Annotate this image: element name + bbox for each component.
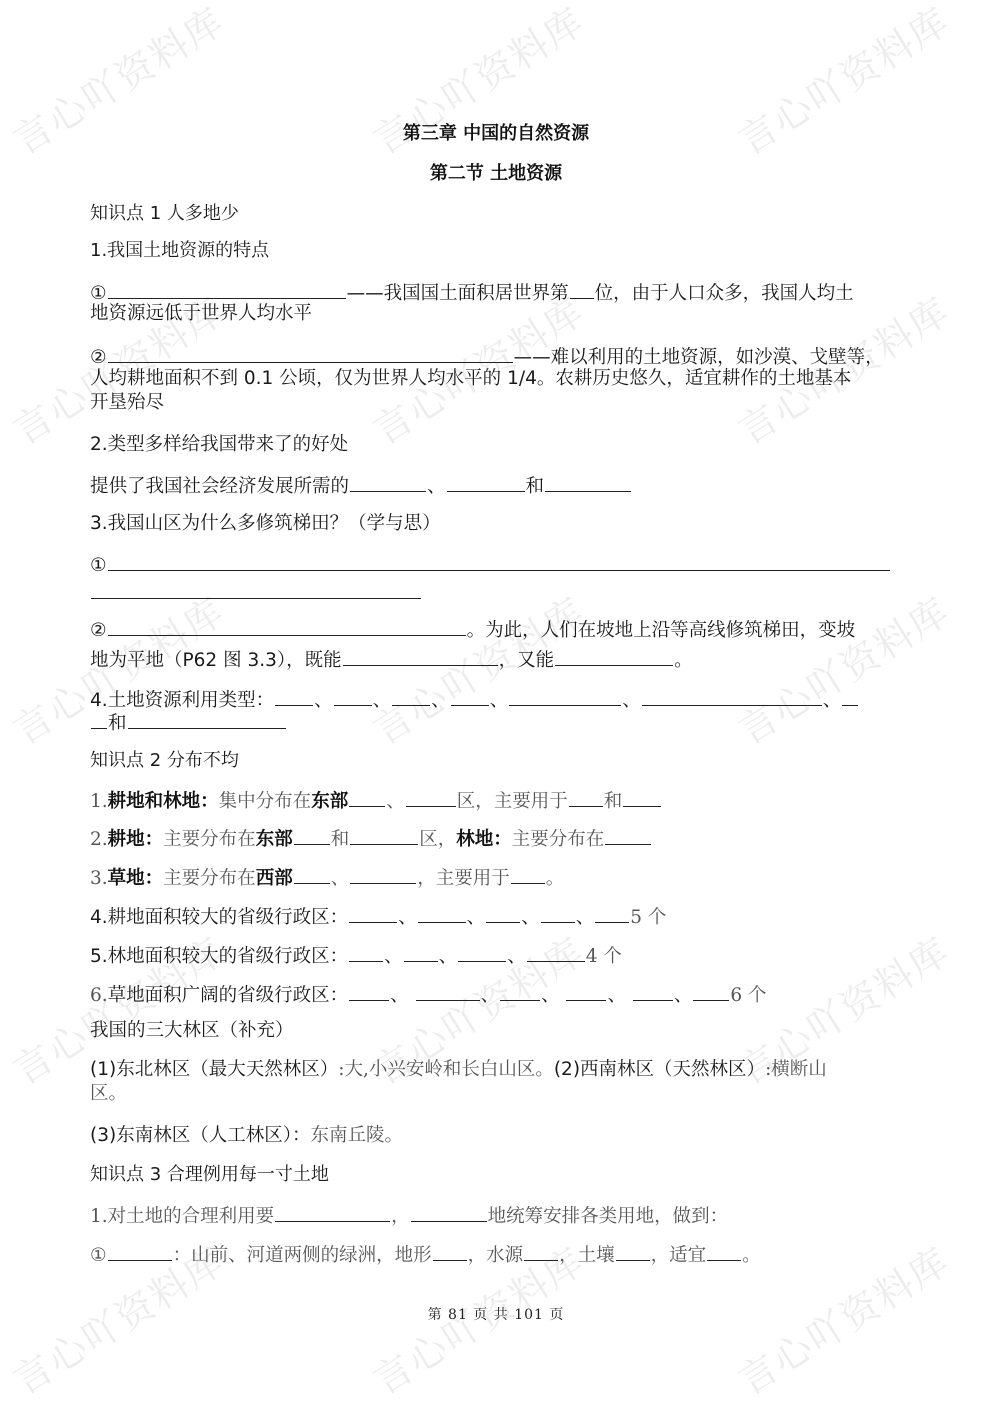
text-segment: 集中分布在 [219, 791, 312, 812]
fill-in-blank[interactable] [349, 943, 383, 962]
text-line-forest-3: (3)东南林区（人工林区）：东南丘陵。 [90, 1125, 905, 1147]
text-segment: 3. [90, 868, 108, 889]
fill-in-blank[interactable] [411, 1203, 487, 1222]
text-segment: (1)东北林区（最大天然林区） [90, 1059, 338, 1080]
text-segment: 区， [419, 829, 456, 850]
fill-in-blank[interactable] [349, 788, 385, 807]
text-segment: :横断山 [765, 1059, 827, 1080]
text-segment: 。为此，人们在坡地上沿等高线修筑梯田，变坡 [467, 620, 856, 641]
bold-keyword: 耕地： [108, 829, 164, 850]
text-segment: 。 [674, 650, 693, 671]
text-segment: 、 [427, 476, 446, 497]
text-segment: 区，主要用于 [457, 791, 568, 812]
text-segment: 、 [386, 791, 405, 812]
chapter-title: 第三章 中国的自然资源 [0, 123, 992, 145]
fill-in-blank[interactable] [416, 982, 480, 1001]
text-segment: 、 [490, 690, 509, 711]
text-segment: 人均耕地面积不到 0.1 公顷，仅为世界人均水平的 1/4。农耕历史悠久，适宜耕… [90, 368, 851, 389]
text-segment: 我国的三大林区（补充） [90, 1020, 294, 1041]
text-segment: 知识点 1 人多地少 [90, 203, 239, 224]
fill-in-blank[interactable] [511, 865, 545, 884]
text-segment: 、 [398, 907, 417, 928]
bold-keyword: 草地： [108, 868, 164, 889]
text-segment: ——我国国土面积居世界第 [347, 283, 569, 304]
bold-keyword: 东部 [311, 791, 348, 812]
text-segment: 。 [742, 1245, 761, 1266]
text-segment: 。 [546, 868, 565, 889]
fill-in-blank[interactable] [91, 580, 421, 599]
text-segment: ② [90, 347, 107, 368]
text-line-kp1-q2-answer: 提供了我国社会经济发展所需的、和 [90, 473, 905, 498]
text-segment: :大,小兴安岭和长白山区。 [338, 1059, 554, 1080]
fill-in-blank[interactable] [545, 473, 631, 492]
text-segment: (2)西南林区（天然林区） [554, 1059, 765, 1080]
fill-in-blank[interactable] [350, 865, 416, 884]
text-segment: 、 [384, 946, 403, 967]
text-segment: (3)东南林区（人工林区）： [90, 1125, 310, 1146]
text-segment: 、 [431, 690, 450, 711]
fill-in-blank[interactable] [693, 982, 729, 1001]
text-segment: 和 [331, 829, 350, 850]
fill-in-blank[interactable] [349, 904, 397, 923]
text-segment: 地为平地（P62 图 3.3），既能 [90, 650, 342, 671]
fill-in-blank[interactable] [350, 473, 426, 492]
text-line-kp1-q3-item2-a: ②。为此，人们在坡地上沿等高线修筑梯田，变坡 [90, 617, 905, 642]
page-number: 第 81 页 共 101 页 [0, 1304, 992, 1324]
text-line-kp3-q1: 1.对土地的合理利用要，地统筹安排各类用地，做到： [90, 1203, 905, 1228]
text-line-kp1-q3-item1-b [90, 580, 905, 605]
fill-in-blank[interactable] [527, 943, 585, 962]
bold-keyword: 林地： [456, 829, 512, 850]
text-segment: 草地面积广阔的省级行政区： [108, 985, 349, 1006]
text-segment: 、 [314, 690, 333, 711]
fill-in-blank[interactable] [108, 1242, 172, 1261]
text-segment: 和 [108, 713, 127, 734]
fill-in-blank[interactable] [458, 943, 506, 962]
text-segment: 、 [467, 907, 486, 928]
text-segment: 6 个 [730, 985, 766, 1006]
text-line-kp1-q1: 1.我国土地资源的特点 [90, 240, 905, 262]
text-segment: ，主要用于 [417, 868, 510, 889]
text-segment: 2.类型多样给我国带来了的好处 [90, 434, 348, 455]
fill-in-blank[interactable] [406, 788, 456, 807]
text-segment: 东南丘陵。 [310, 1125, 403, 1146]
text-line-kp1-q4-b: 和 [90, 710, 905, 735]
fill-in-blank[interactable] [842, 687, 858, 706]
fill-in-blank[interactable] [605, 826, 651, 845]
text-segment: ，适宜 [651, 1245, 707, 1266]
text-segment: 开垦殆尽 [90, 392, 164, 413]
text-segment: 主要分布在 [512, 829, 605, 850]
fill-in-blank[interactable] [343, 647, 498, 666]
text-segment: 6. [90, 985, 108, 1006]
text-segment: 、 [521, 907, 540, 928]
text-segment: 、 [439, 946, 458, 967]
text-segment: 5.林地面积较大的省级行政区： [90, 946, 348, 967]
text-line-kp2-q3: 3.草地：主要分布在西部、，主要用于。 [90, 865, 905, 890]
fill-in-blank[interactable] [392, 687, 430, 706]
text-line-kp2-q1: 1.耕地和林地：集中分布在东部、区，主要用于和 [90, 788, 905, 813]
text-line-kp1-q3-item2-b: 地为平地（P62 图 3.3），既能，又能。 [90, 647, 905, 672]
fill-in-blank[interactable] [524, 1242, 558, 1261]
text-segment: 、 [331, 868, 350, 889]
text-line-kp2-heading: 知识点 2 分布不均 [90, 750, 905, 772]
text-segment: 和 [604, 791, 623, 812]
text-segment: 、 [390, 985, 414, 1006]
text-line-forest-heading: 我国的三大林区（补充） [90, 1020, 905, 1042]
fill-in-blank[interactable] [108, 617, 466, 636]
text-segment: ，又能 [499, 650, 555, 671]
fill-in-blank[interactable] [108, 280, 346, 299]
fill-in-blank[interactable] [108, 344, 513, 363]
text-line-kp2-q5: 5.林地面积较大的省级行政区：、、、4 个 [90, 943, 905, 968]
text-line-forest-1-b: 区。 [90, 1083, 905, 1105]
fill-in-blank[interactable] [350, 826, 418, 845]
text-segment: 4 个 [586, 946, 622, 967]
text-segment: 和 [526, 476, 545, 497]
text-line-kp1-q1-item2-c: 开垦殆尽 [90, 392, 905, 414]
fill-in-blank[interactable] [707, 1242, 741, 1261]
fill-in-blank[interactable] [500, 982, 540, 1001]
text-segment: ② [90, 620, 107, 641]
text-line-kp2-q4: 4.耕地面积较大的省级行政区：、、、、5 个 [90, 904, 905, 929]
text-line-kp1-heading: 知识点 1 人多地少 [90, 203, 905, 225]
text-segment: ，土壤 [559, 1245, 615, 1266]
text-line-forest-1-a: (1)东北林区（最大天然林区）:大,小兴安岭和长白山区。(2)西南林区（天然林区… [90, 1059, 905, 1081]
text-line-kp1-q1-item2-a: ②——难以利用的土地资源，如沙漠、戈壁等， [90, 344, 905, 369]
text-line-kp1-q2: 2.类型多样给我国带来了的好处 [90, 434, 905, 456]
text-line-kp1-q4-a: 4.土地资源利用类型：、、、、、、 [90, 687, 905, 712]
text-segment: 、 [674, 985, 693, 1006]
section-title: 第二节 土地资源 [0, 163, 992, 185]
text-segment: 1.我国土地资源的特点 [90, 240, 269, 261]
text-segment: 主要分布在 [163, 868, 256, 889]
fill-in-blank[interactable] [486, 904, 520, 923]
fill-in-blank[interactable] [555, 647, 673, 666]
text-segment: 、 [622, 690, 641, 711]
text-segment: 4.耕地面积较大的省级行政区： [90, 907, 348, 928]
text-segment: 1. [90, 791, 108, 812]
text-segment: 3.我国山区为什么多修筑梯田？（学与思） [90, 513, 441, 534]
fill-in-blank[interactable] [642, 687, 822, 706]
bold-keyword: 耕地和林地： [108, 791, 219, 812]
text-line-kp1-q1-item1-a: ①——我国国土面积居世界第位，由于人口众多，我国人均土 [90, 280, 905, 305]
text-segment: ，水源 [468, 1245, 524, 1266]
text-segment: 、 [576, 907, 595, 928]
fill-in-blank[interactable] [108, 552, 890, 571]
text-line-kp1-q1-item2-b: 人均耕地面积不到 0.1 公顷，仅为世界人均水平的 1/4。农耕历史悠久，适宜耕… [90, 368, 905, 390]
fill-in-blank[interactable] [275, 1203, 390, 1222]
text-segment: ：山前、河道两侧的绿洲，地形 [173, 1245, 432, 1266]
text-line-kp1-q3-item1-a: ① [90, 552, 905, 577]
fill-in-blank[interactable] [433, 1242, 467, 1261]
fill-in-blank[interactable] [595, 904, 629, 923]
text-segment: 1.对土地的合理利用要 [90, 1206, 274, 1227]
text-segment: 提供了我国社会经济发展所需的 [90, 476, 349, 497]
fill-in-blank[interactable] [623, 788, 661, 807]
text-segment: 、 [373, 690, 392, 711]
text-segment: 5 个 [630, 907, 666, 928]
fill-in-blank[interactable] [128, 710, 286, 729]
text-segment: 区。 [90, 1083, 127, 1104]
text-segment: ① [90, 283, 107, 304]
fill-in-blank[interactable] [509, 687, 621, 706]
fill-in-blank[interactable] [633, 982, 673, 1001]
fill-in-blank[interactable] [447, 473, 525, 492]
text-segment: 、 [541, 985, 565, 1006]
text-segment: 位，由于人口众多，我国人均土 [595, 283, 854, 304]
text-segment: 、 [607, 985, 631, 1006]
text-line-kp2-q6: 6.草地面积广阔的省级行政区：、 、、 、 、6 个 [90, 982, 905, 1007]
text-line-kp2-q2: 2.耕地：主要分布在东部和区，林地：主要分布在 [90, 826, 905, 851]
document-page: 言心吖资料库言心吖资料库言心吖资料库言心吖资料库言心吖资料库言心吖资料库言心吖资… [0, 0, 992, 1403]
text-segment: 、 [481, 985, 500, 1006]
fill-in-blank[interactable] [294, 826, 330, 845]
text-segment: 、 [823, 690, 842, 711]
text-segment: 地统筹安排各类用地，做到： [488, 1206, 729, 1227]
document-content: 第三章 中国的自然资源 第二节 土地资源 知识点 1 人多地少1.我国土地资源的… [0, 0, 992, 1403]
text-segment: ① [90, 1245, 107, 1266]
text-segment: ① [90, 555, 107, 576]
fill-in-blank[interactable] [91, 710, 107, 729]
bold-keyword: 西部 [256, 868, 293, 889]
fill-in-blank[interactable] [334, 687, 372, 706]
text-line-kp3-heading: 知识点 3 合理例用每一寸土地 [90, 1164, 905, 1186]
text-segment: 知识点 3 合理例用每一寸土地 [90, 1164, 329, 1185]
text-segment: 4.土地资源利用类型： [90, 690, 274, 711]
text-segment: 2. [90, 829, 108, 850]
fill-in-blank[interactable] [541, 904, 575, 923]
fill-in-blank[interactable] [404, 943, 438, 962]
fill-in-blank[interactable] [349, 982, 389, 1001]
text-segment: 主要分布在 [163, 829, 256, 850]
text-line-kp3-q1-item1: ①：山前、河道两侧的绿洲，地形，水源，土壤，适宜。 [90, 1242, 905, 1267]
fill-in-blank[interactable] [294, 865, 330, 884]
fill-in-blank[interactable] [569, 788, 603, 807]
fill-in-blank[interactable] [451, 687, 489, 706]
text-segment: 知识点 2 分布不均 [90, 750, 239, 771]
fill-in-blank[interactable] [418, 904, 466, 923]
fill-in-blank[interactable] [566, 982, 606, 1001]
text-line-kp1-q3: 3.我国山区为什么多修筑梯田？（学与思） [90, 513, 905, 535]
fill-in-blank[interactable] [275, 687, 313, 706]
text-segment: 地资源远低于世界人均水平 [90, 303, 312, 324]
text-line-kp1-q1-item1-b: 地资源远低于世界人均水平 [90, 303, 905, 325]
text-segment: ——难以利用的土地资源，如沙漠、戈壁等， [514, 347, 884, 368]
fill-in-blank[interactable] [616, 1242, 650, 1261]
bold-keyword: 东部 [256, 829, 293, 850]
text-segment: ， [391, 1206, 410, 1227]
fill-in-blank[interactable] [570, 280, 594, 299]
text-segment: 、 [507, 946, 526, 967]
